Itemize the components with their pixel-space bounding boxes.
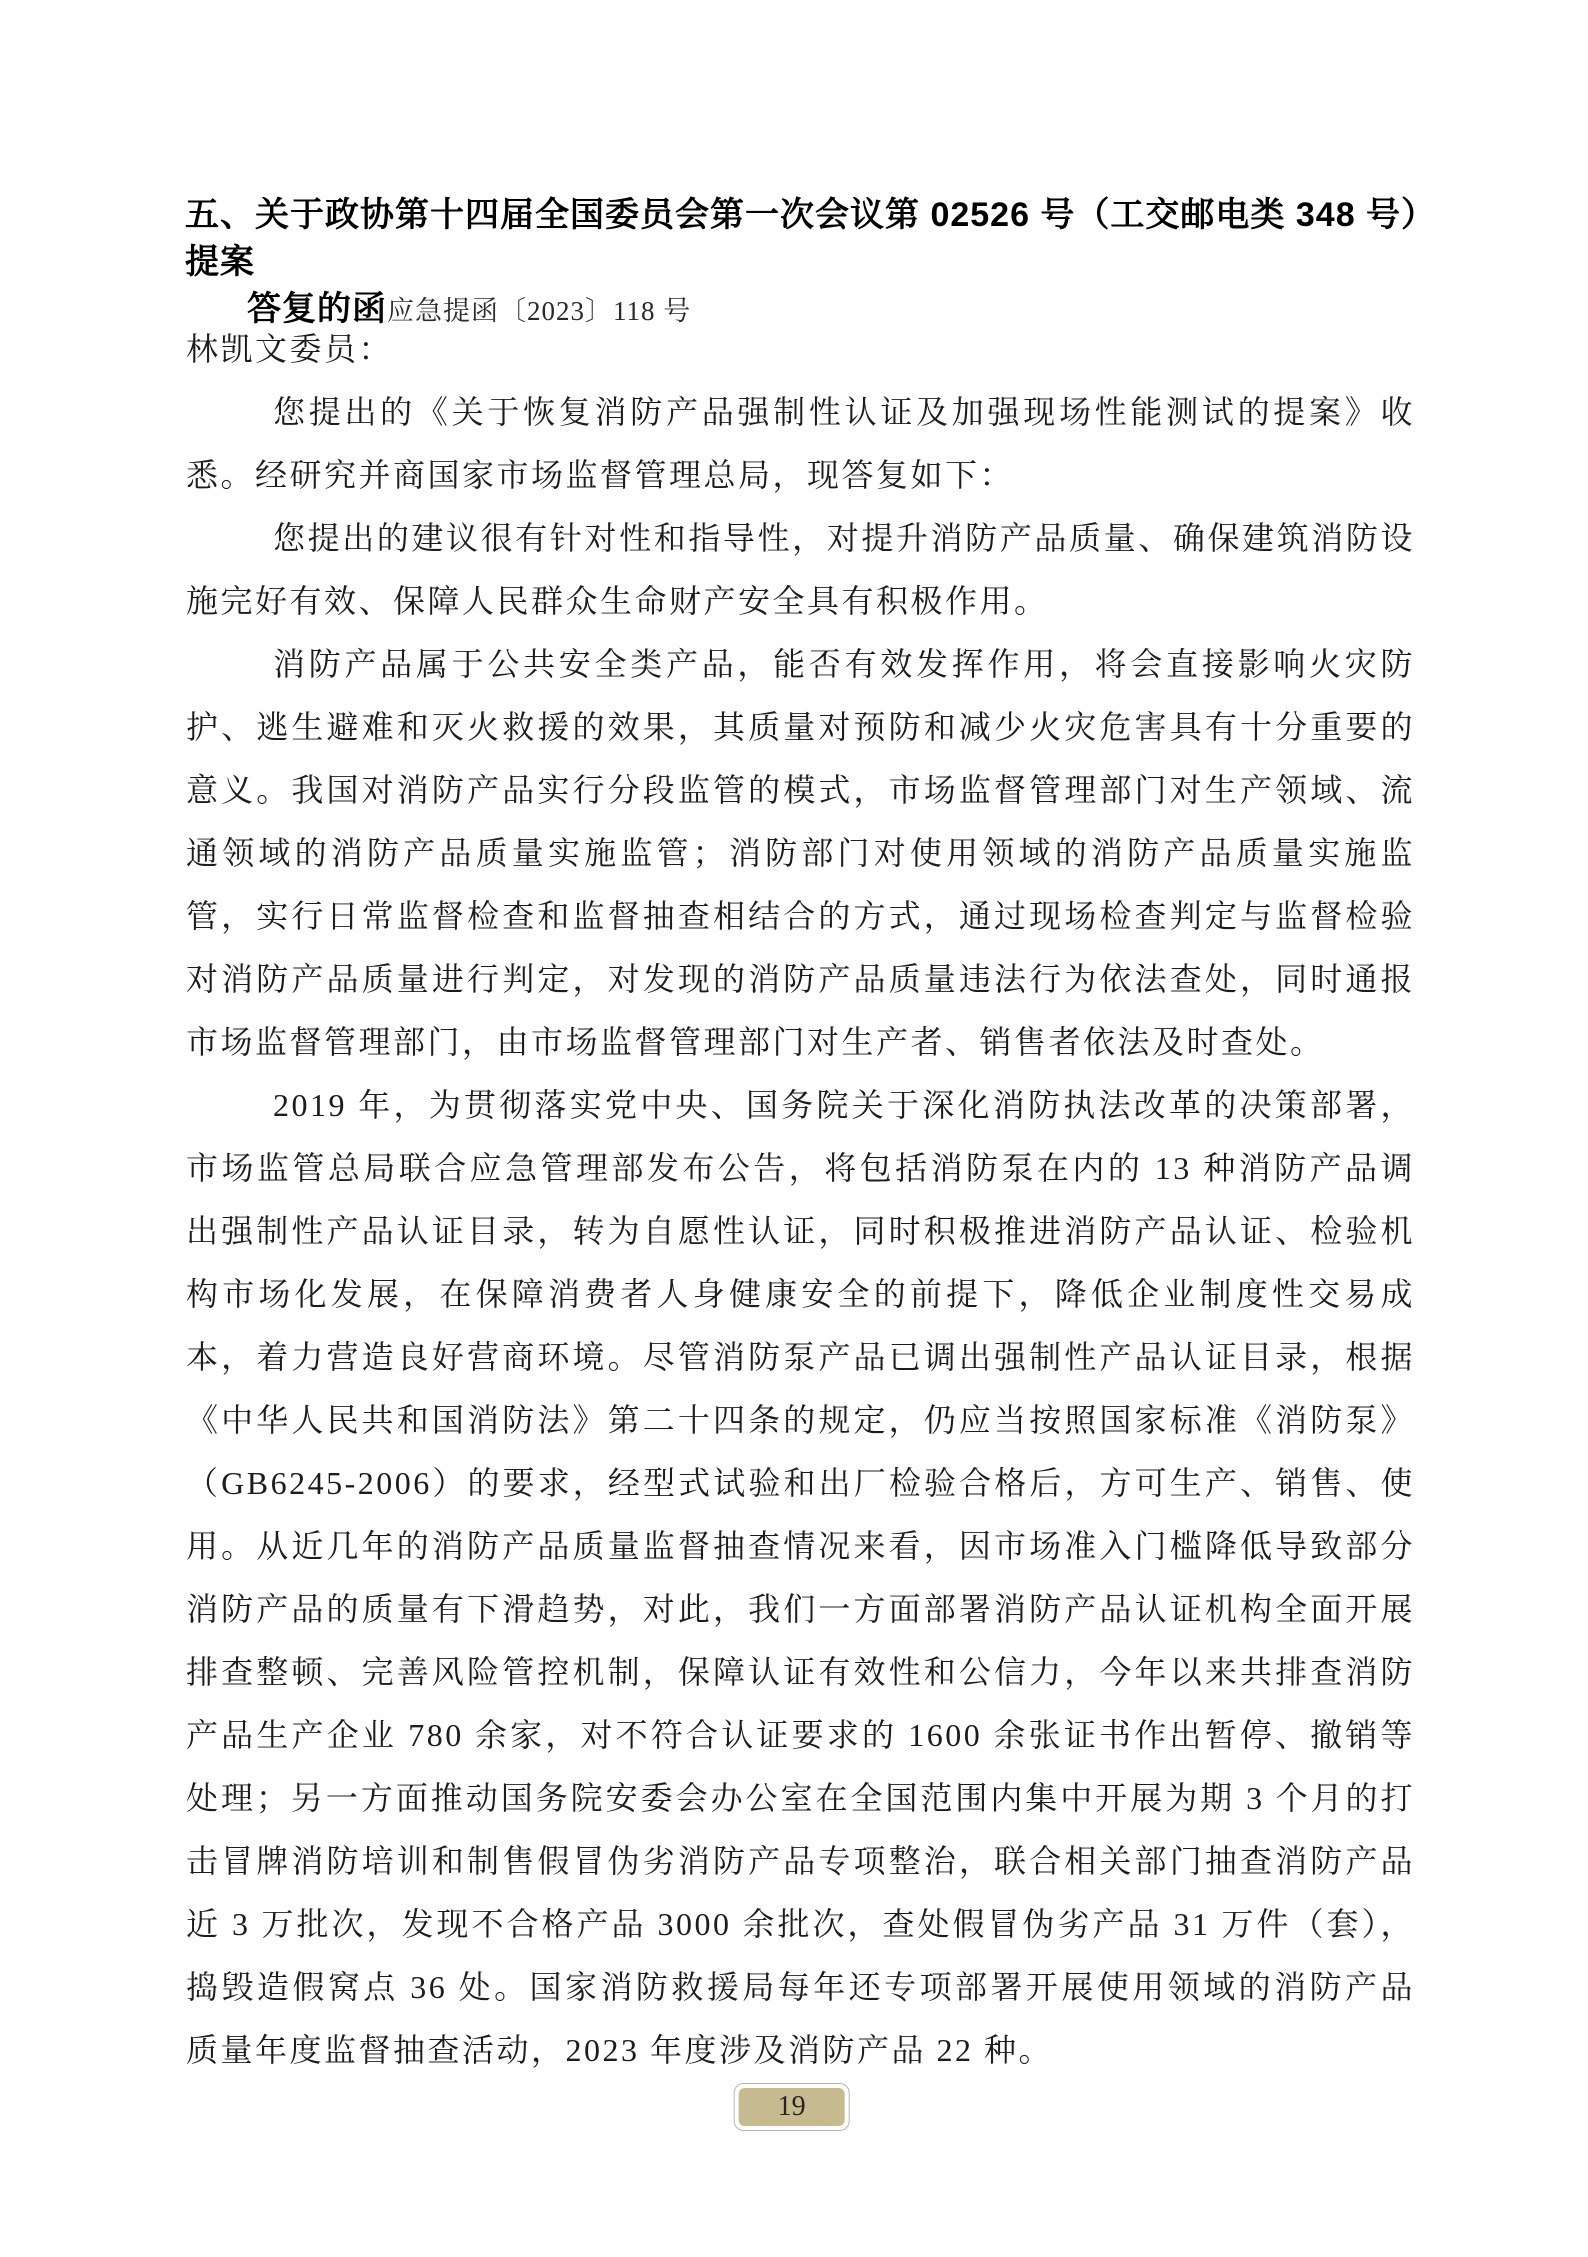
paragraph: 2019 年，为贯彻落实党中央、国务院关于深化消防执法改革的决策部署，市场监管总…	[186, 1074, 1415, 2082]
document-page: 五、关于政协第十四届全国委员会第一次会议第 02526 号（工交邮电类 348 …	[0, 0, 1588, 2257]
heading-line1: 五、关于政协第十四届全国委员会第一次会议第 02526 号（工交邮电类 348 …	[185, 192, 1438, 286]
letter-body: 林凯文委员： 您提出的《关于恢复消防产品强制性认证及加强现场性能测试的提案》收悉…	[186, 318, 1415, 2082]
document-heading: 五、关于政协第十四届全国委员会第一次会议第 02526 号（工交邮电类 348 …	[185, 192, 1438, 335]
page-number: 19	[778, 2091, 806, 2123]
heading-section-number: 五、	[185, 196, 255, 234]
salutation: 林凯文委员：	[186, 318, 1415, 381]
paragraph: 消防产品属于公共安全类产品，能否有效发挥作用，将会直接影响火灾防护、逃生避难和灭…	[186, 633, 1415, 1074]
paragraph: 您提出的《关于恢复消防产品强制性认证及加强现场性能测试的提案》收悉。经研究并商国…	[186, 381, 1415, 507]
page-number-field[interactable]: 19	[734, 2083, 850, 2131]
page-number-field-fill: 19	[739, 2088, 845, 2126]
heading-title-text: 关于政协第十四届全国委员会第一次会议第 02526 号（工交邮电类 348 号）…	[185, 196, 1436, 281]
paragraph: 您提出的建议很有针对性和指导性，对提升消防产品质量、确保建筑消防设施完好有效、保…	[186, 507, 1415, 633]
